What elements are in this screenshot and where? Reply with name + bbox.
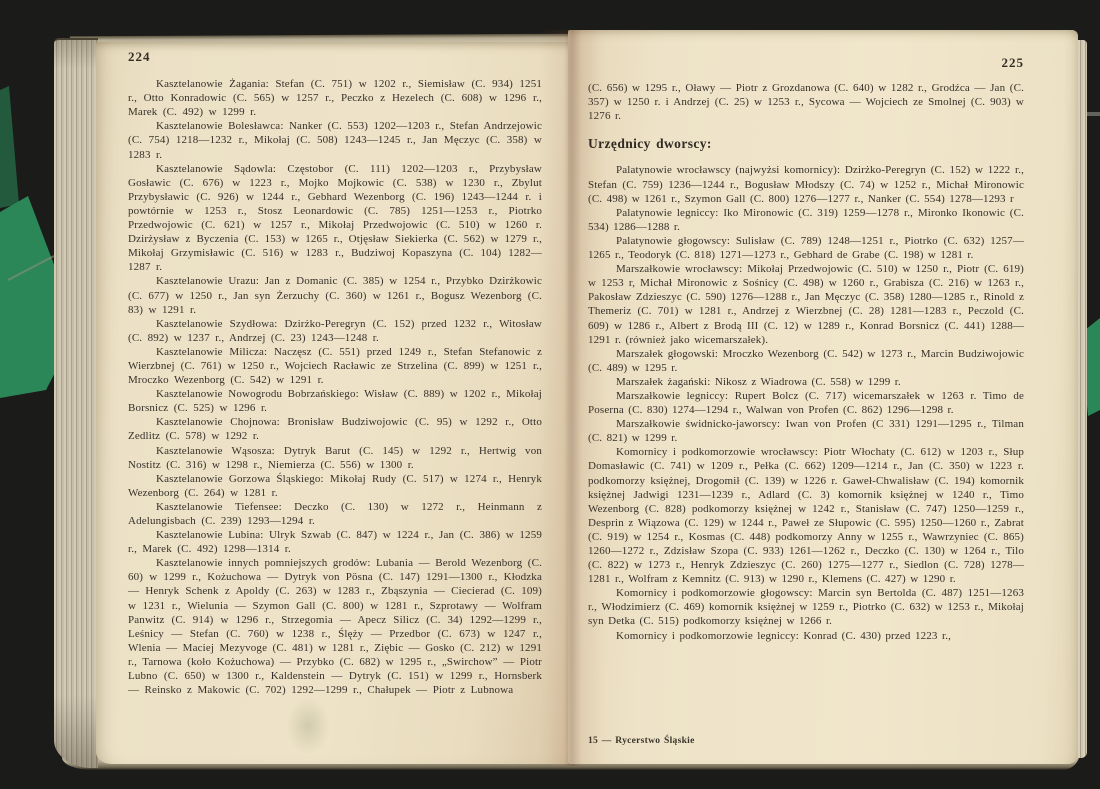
left-page-paragraphs: Kasztelanowie Żagania: Stefan (C. 751) w…: [128, 77, 542, 697]
paragraph: Komornicy i podkomorzowie wrocławscy: Pi…: [588, 445, 1024, 586]
page-number-left: 224: [128, 50, 542, 64]
paragraph: Palatynowie wrocławscy (najwyżsi komorni…: [588, 163, 1024, 205]
signature-footnote: 15 — Rycerstwo Śląskie: [588, 736, 695, 746]
right-page: 225 (C. 656) w 1295 r., Oławy — Piotr z …: [568, 30, 1078, 764]
paragraph: Kasztelanowie Wąsosza: Dytryk Barut (C. …: [128, 444, 542, 472]
paragraph: Komornicy i podkomorzowie głogowscy: Mar…: [588, 586, 1024, 628]
paragraph: Kasztelanowie Lubina: Ulryk Szwab (C. 84…: [128, 528, 542, 556]
right-page-paragraphs: Palatynowie wrocławscy (najwyżsi komorni…: [588, 163, 1024, 642]
paragraph: Marszałkowie świdnicko-jaworscy: Iwan vo…: [588, 417, 1024, 445]
paragraph: Kasztelanowie Urazu: Jan z Domanic (C. 3…: [128, 274, 542, 316]
paragraph: Kasztelanowie Sądowla: Częstobor (C. 111…: [128, 162, 542, 275]
paragraph: Kasztelanowie Milicza: Naczęsz (C. 551) …: [128, 345, 542, 387]
paragraph: Kasztelanowie Chojnowa: Bronisław Budziw…: [128, 415, 542, 443]
paragraph: Komornicy i podkomorzowie legniccy: Konr…: [588, 629, 1024, 643]
paragraph: Palatynowie legniccy: Iko Mironowic (C. …: [588, 206, 1024, 234]
paragraph: Kasztelanowie Tiefensee: Deczko (C. 130)…: [128, 500, 542, 528]
right-page-edges: [1078, 40, 1087, 758]
paragraph: Kasztelanowie Żagania: Stefan (C. 751) w…: [128, 77, 542, 119]
paper-stain: [286, 697, 330, 755]
right-page-text: 225 (C. 656) w 1295 r., Oławy — Piotr z …: [588, 56, 1024, 643]
paragraph: Kasztelanowie Bolesławca: Nanker (C. 553…: [128, 119, 542, 161]
page-number-right: 225: [588, 56, 1024, 70]
paragraph: Marszałek głogowski: Mroczko Wezenborg (…: [588, 347, 1024, 375]
fore-edge-page-stack: [54, 38, 98, 768]
paragraph: Kasztelanowie Nowogrodu Bobrzańskiego: W…: [128, 387, 542, 415]
paragraph: Marszałkowie legniccy: Rupert Bolcz (C. …: [588, 389, 1024, 417]
paragraph: Palatynowie głogowscy: Sulisław (C. 789)…: [588, 234, 1024, 262]
book-scan-photo: 224 Kasztelanowie Żagania: Stefan (C. 75…: [0, 0, 1100, 789]
paragraph: Kasztelanowie Szydłowa: Dzirżko-Peregryn…: [128, 317, 542, 345]
left-page: 224 Kasztelanowie Żagania: Stefan (C. 75…: [96, 42, 568, 764]
paragraph: Kasztelanowie innych pomniejszych grodów…: [128, 556, 542, 697]
continuation-paragraph: (C. 656) w 1295 r., Oławy — Piotr z Groz…: [588, 81, 1024, 123]
paragraph: Marszałek żagański: Nikosz z Wiadrowa (C…: [588, 375, 1024, 389]
paragraph: Marszałkowie wrocławscy: Mikołaj Przedwo…: [588, 262, 1024, 347]
left-page-text: 224 Kasztelanowie Żagania: Stefan (C. 75…: [128, 50, 542, 697]
section-heading: Urzędnicy dworscy:: [588, 137, 1024, 151]
paragraph: Kasztelanowie Gorzowa Śląskiego: Mikołaj…: [128, 472, 542, 500]
